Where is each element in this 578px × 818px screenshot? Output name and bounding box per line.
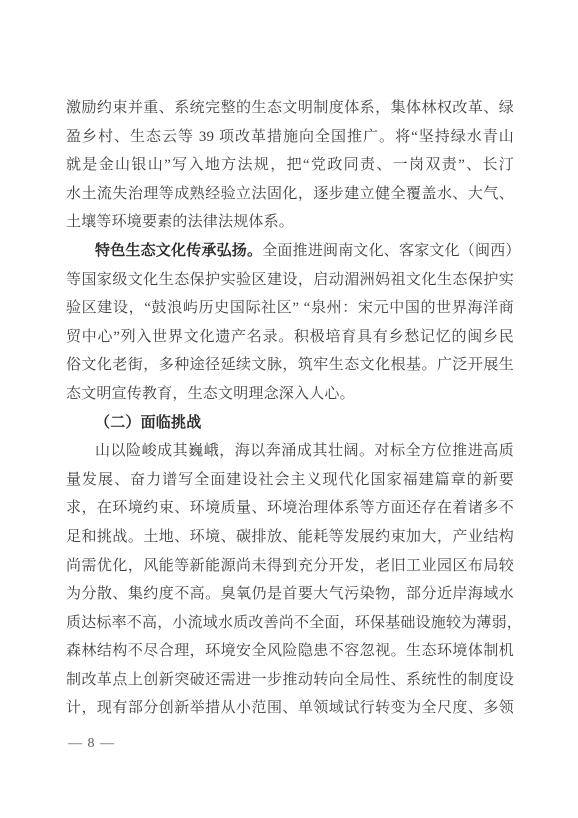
text-line: 计，现有部分创新举措从小范围、单领域试行转变为全尺度、多领 xyxy=(66,694,514,723)
text-line: 量发展、奋力谱写全面建设社会主义现代化国家福建篇章的新要 xyxy=(66,466,514,495)
text-line: 验区建设，“鼓浪屿历史国际社区” “泉州：宋元中国的世界海洋商 xyxy=(66,294,514,323)
text-block: 激励约束并重、系统完整的生态文明制度体系，集体林权改革、绿盈乡村、生态云等 39… xyxy=(66,94,514,723)
text-line: 制改革点上创新突破还需进一步推动转向全局性、系统性的制度设 xyxy=(66,666,514,695)
text-line: 质达标率不高，小流域水质改善尚不全面，环保基础设施较为薄弱， xyxy=(66,609,514,638)
page-number: — 8 — xyxy=(68,734,115,754)
text-line: 特色生态文化传承弘扬。全面推进闽南文化、客家文化（闽西） xyxy=(66,237,514,266)
text-line: 激励约束并重、系统完整的生态文明制度体系，集体林权改革、绿 xyxy=(66,94,514,123)
text-line: 尚需优化，风能等新能源尚未得到充分开发，老旧工业园区布局较 xyxy=(66,552,514,581)
text-line: 态文明宣传教育，生态文明理念深入人心。 xyxy=(66,380,514,409)
text-line: 等国家级文化生态保护实验区建设，启动湄洲妈祖文化生态保护实 xyxy=(66,266,514,295)
text-line: 土壤等环境要素的法律法规体系。 xyxy=(66,208,514,237)
text-line: 俗文化老街，多种途径延续文脉，筑牢生态文化根基。广泛开展生 xyxy=(66,351,514,380)
text-line: 贸中心”列入世界文化遗产名录。积极培育具有乡愁记忆的闽乡民 xyxy=(66,323,514,352)
text-line: 足和挑战。土地、环境、碳排放、能耗等发展约束加大，产业结构 xyxy=(66,523,514,552)
text-line: 森林结构不尽合理，环境安全风险隐患不容忽视。生态环境体制机 xyxy=(66,637,514,666)
text-line: 水土流失治理等成熟经验立法固化，逐步建立健全覆盖水、大气、 xyxy=(66,180,514,209)
text-line: 求，在环境约束、环境质量、环境治理体系等方面还存在着诸多不 xyxy=(66,494,514,523)
section-heading: （二）面临挑战 xyxy=(66,409,514,438)
text-line: 山以险峻成其巍峨，海以奔涌成其壮阔。对标全方位推进高质 xyxy=(66,437,514,466)
text-line: 盈乡村、生态云等 39 项改革措施向全国推广。将“坚持绿水青山 xyxy=(66,123,514,152)
document-page: 激励约束并重、系统完整的生态文明制度体系，集体林权改革、绿盈乡村、生态云等 39… xyxy=(0,0,578,818)
text-line: 就是金山银山”写入地方法规，把“党政同责、一岗双责”、长汀 xyxy=(66,151,514,180)
text-line: 为分散、集约度不高。臭氧仍是首要大气污染物，部分近岸海域水 xyxy=(66,580,514,609)
bold-lead-in: 特色生态文化传承弘扬。 xyxy=(95,243,262,259)
